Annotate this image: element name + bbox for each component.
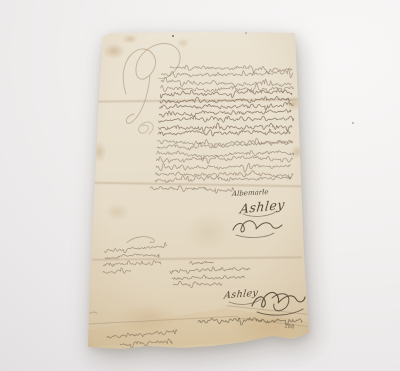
bottom-crease-3 (88, 315, 238, 325)
body-text-script (150, 65, 294, 193)
bottom-crease-1 (226, 305, 310, 316)
bottom-crease-2 (236, 317, 308, 328)
paper-shadow-wrap: Albemarle Ashley Ashley 188 (0, 0, 400, 371)
signature-flourishes (198, 211, 305, 325)
docket-bottom-script (89, 309, 177, 350)
bottom-fold-tint (86, 30, 312, 350)
fold-crease-1 (94, 98, 300, 103)
ink-speck (245, 32, 246, 33)
fold-crease-2 (94, 181, 302, 188)
photograph-background: Albemarle Ashley Ashley 188 (0, 0, 400, 371)
signature-ashley-upper: Ashley (239, 197, 285, 217)
paper-edge-vignette (86, 30, 312, 350)
signature-albemarle: Albemarle (232, 188, 269, 198)
manuscript-paper: Albemarle Ashley Ashley 188 (86, 30, 312, 350)
docket-left-script (101, 235, 168, 275)
handwriting-layer (86, 30, 312, 350)
ink-speck (172, 35, 174, 37)
calligraphic-flourish (123, 44, 180, 134)
docket-middle-script (170, 260, 251, 288)
inventory-mark: 188 (284, 324, 295, 331)
signature-ashley-lower: Ashley (223, 287, 259, 301)
fold-crease-3 (92, 256, 302, 262)
